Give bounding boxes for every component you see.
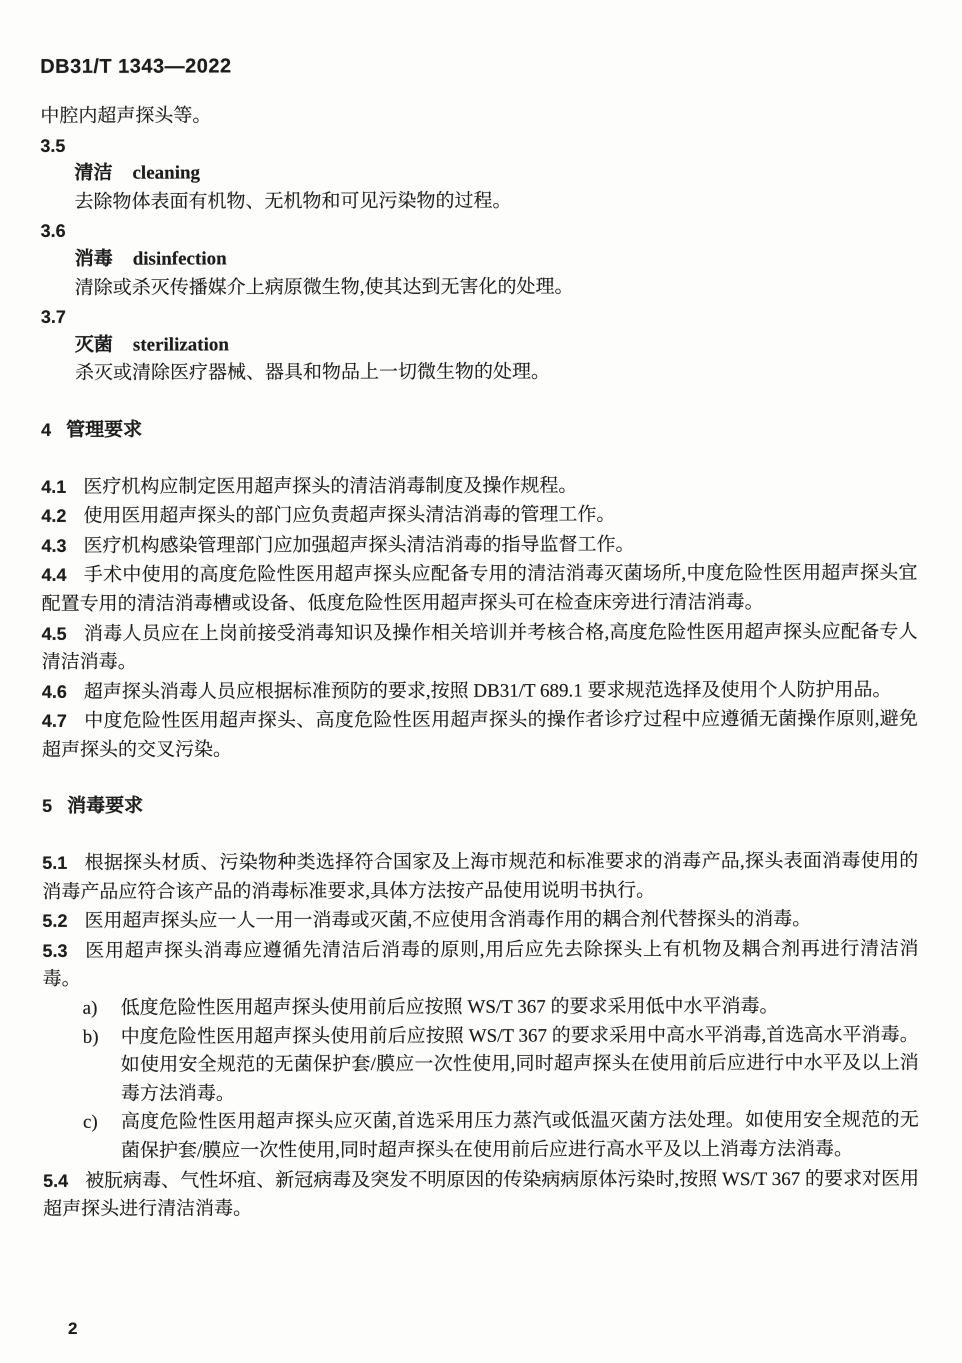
term-number-3-7: 3.7: [41, 301, 917, 332]
page-content: DB31/T 1343—2022 中腔内超声探头等。 3.5 清洁cleanin…: [0, 0, 962, 1225]
clause-text: 医用超声探头应一人一用一消毒或灭菌,不应使用含消毒作用的耦合剂代替探头的消毒。: [84, 909, 811, 932]
term-zh-label: 灭菌: [75, 334, 113, 355]
list-item-label: b): [83, 1023, 121, 1109]
clause-4-7: 4.7中度危险性医用超声探头、高度危险性医用超声探头的操作者诊疗过程中应遵循无菌…: [42, 705, 918, 765]
list-item-c: c) 高度危险性医用超声探头应灭菌,首选采用压力蒸汽或低温灭菌方法处理。如使用安…: [43, 1107, 919, 1166]
clause-4-5: 4.5消毒人员应在上岗前接受消毒知识及操作相关培训并考核合格,高度危险性医用超声…: [42, 617, 918, 677]
clause-5-4: 5.4被朊病毒、气性坏疽、新冠病毒及突发不明原因的传染病病原体污染时,按照 WS…: [43, 1164, 919, 1224]
term-en-label: cleaning: [132, 163, 200, 184]
list-item-label: c): [83, 1109, 121, 1166]
term-definition-3-6: 清除或杀灭传播媒介上病原微生物,使其达到无害化的处理。: [41, 272, 917, 303]
clause-number: 4.4: [41, 565, 66, 585]
clause-number: 5.1: [42, 853, 67, 873]
term-zh-label: 清洁: [74, 163, 112, 184]
clause-text: 中度危险性医用超声探头、高度危险性医用超声探头的操作者诊疗过程中应遵循无菌操作原…: [42, 709, 918, 761]
document-page: DB31/T 1343—2022 中腔内超声探头等。 3.5 清洁cleanin…: [0, 0, 962, 1363]
clause-5-1: 5.1根据探头材质、污染物种类选择符合国家及上海市规范和标准要求的消毒产品,探头…: [42, 847, 918, 907]
clause-number: 4.6: [42, 682, 67, 702]
clause-text: 医疗机构应制定医用超声探头的清洁消毒制度及操作规程。: [83, 475, 577, 497]
clause-number: 4.3: [41, 536, 66, 556]
section-5-heading: 5消毒要求: [42, 790, 918, 822]
term-zh-label: 消毒: [75, 249, 113, 270]
clause-number: 5.4: [43, 1170, 68, 1190]
list-item-label: a): [83, 995, 121, 1024]
term-en-label: sterilization: [133, 334, 229, 355]
clause-text: 使用医用超声探头的部门应负责超声探头清洁消毒的管理工作。: [83, 505, 615, 527]
term-definition-3-7: 杀灭或清除医疗器械、器具和物品上一切微生物的处理。: [41, 358, 917, 389]
section-4-heading: 4管理要求: [41, 414, 917, 446]
clause-number: 4.2: [41, 506, 66, 526]
clause-5-2: 5.2医用超声探头应一人一用一消毒或灭菌,不应使用含消毒作用的耦合剂代替探头的消…: [42, 905, 918, 937]
clause-4-2: 4.2使用医用超声探头的部门应负责超声探头清洁消毒的管理工作。: [41, 500, 917, 532]
clause-4-4: 4.4手术中使用的高度危险性医用超声探头应配备专用的清洁消毒灭菌场所,中度危险性…: [41, 559, 917, 619]
list-item-text: 低度危险性医用超声探头使用前后应按照 WS/T 367 的要求采用低中水平消毒。: [121, 993, 919, 1024]
clause-text: 手术中使用的高度危险性医用超声探头应配备专用的清洁消毒灭菌场所,中度危险性医用超…: [42, 563, 918, 615]
term-definition-3-5: 去除物体表面有机物、无机物和可见污染物的过程。: [40, 186, 916, 217]
clause-text: 医疗机构感染管理部门应加强超声探头清洁消毒的指导监督工作。: [83, 534, 634, 556]
clause-4-6: 4.6超声探头消毒人员应根据标准预防的要求,按照 DB31/T 689.1 要求…: [42, 675, 918, 707]
term-en-label: disinfection: [133, 248, 227, 269]
clause-text: 消毒人员应在上岗前接受消毒知识及操作相关培训并考核合格,高度危险性医用超声探头应…: [42, 621, 918, 673]
standard-number-header: DB31/T 1343—2022: [40, 54, 916, 79]
section-4-title: 管理要求: [66, 420, 142, 441]
page-number: 2: [68, 1319, 77, 1339]
intro-continuation-text: 中腔内超声探头等。: [40, 101, 916, 132]
clause-5-3: 5.3医用超声探头消毒应遵循先清洁后消毒的原则,用后应先去除探头上有机物及耦合剂…: [42, 934, 918, 994]
section-4-number: 4: [41, 420, 51, 440]
list-item-text: 高度危险性医用超声探头应灭菌,首选采用压力蒸汽或低温灭菌方法处理。如使用安全规范…: [121, 1107, 919, 1166]
clause-number: 4.1: [41, 476, 66, 496]
section-5-title: 消毒要求: [67, 796, 143, 817]
clause-4-1: 4.1医疗机构应制定医用超声探头的清洁消毒制度及操作规程。: [41, 470, 917, 502]
clause-number: 4.5: [42, 623, 67, 643]
term-title-3-5: 清洁cleaning: [40, 158, 916, 189]
term-title-3-6: 消毒disinfection: [41, 244, 917, 275]
term-number-3-6: 3.6: [41, 215, 917, 246]
term-number-3-5: 3.5: [40, 129, 916, 160]
list-item-text: 中度危险性医用超声探头使用前后应按照 WS/T 367 的要求采用中高水平消毒,…: [121, 1021, 919, 1109]
list-item-a: a) 低度危险性医用超声探头使用前后应按照 WS/T 367 的要求采用低中水平…: [43, 993, 919, 1024]
clause-number: 4.7: [42, 711, 67, 731]
clause-text: 被朊病毒、气性坏疽、新冠病毒及突发不明原因的传染病病原体污染时,按照 WS/T …: [43, 1168, 919, 1220]
list-item-b: b) 中度危险性医用超声探头使用前后应按照 WS/T 367 的要求采用中高水平…: [43, 1021, 919, 1109]
term-title-3-7: 灭菌sterilization: [41, 329, 917, 360]
clause-4-3: 4.3医疗机构感染管理部门应加强超声探头清洁消毒的指导监督工作。: [41, 529, 917, 561]
document-body: 中腔内超声探头等。 3.5 清洁cleaning 去除物体表面有机物、无机物和可…: [40, 101, 919, 1225]
section-5-number: 5: [42, 796, 52, 816]
clause-text: 医用超声探头消毒应遵循先清洁后消毒的原则,用后应先去除探头上有机物及耦合剂再进行…: [43, 938, 919, 990]
clause-text: 超声探头消毒人员应根据标准预防的要求,按照 DB31/T 689.1 要求规范选…: [84, 679, 892, 702]
clause-number: 5.2: [42, 911, 67, 931]
clause-number: 5.3: [42, 941, 67, 961]
clause-text: 根据探头材质、污染物种类选择符合国家及上海市规范和标准要求的消毒产品,探头表面消…: [42, 851, 918, 903]
